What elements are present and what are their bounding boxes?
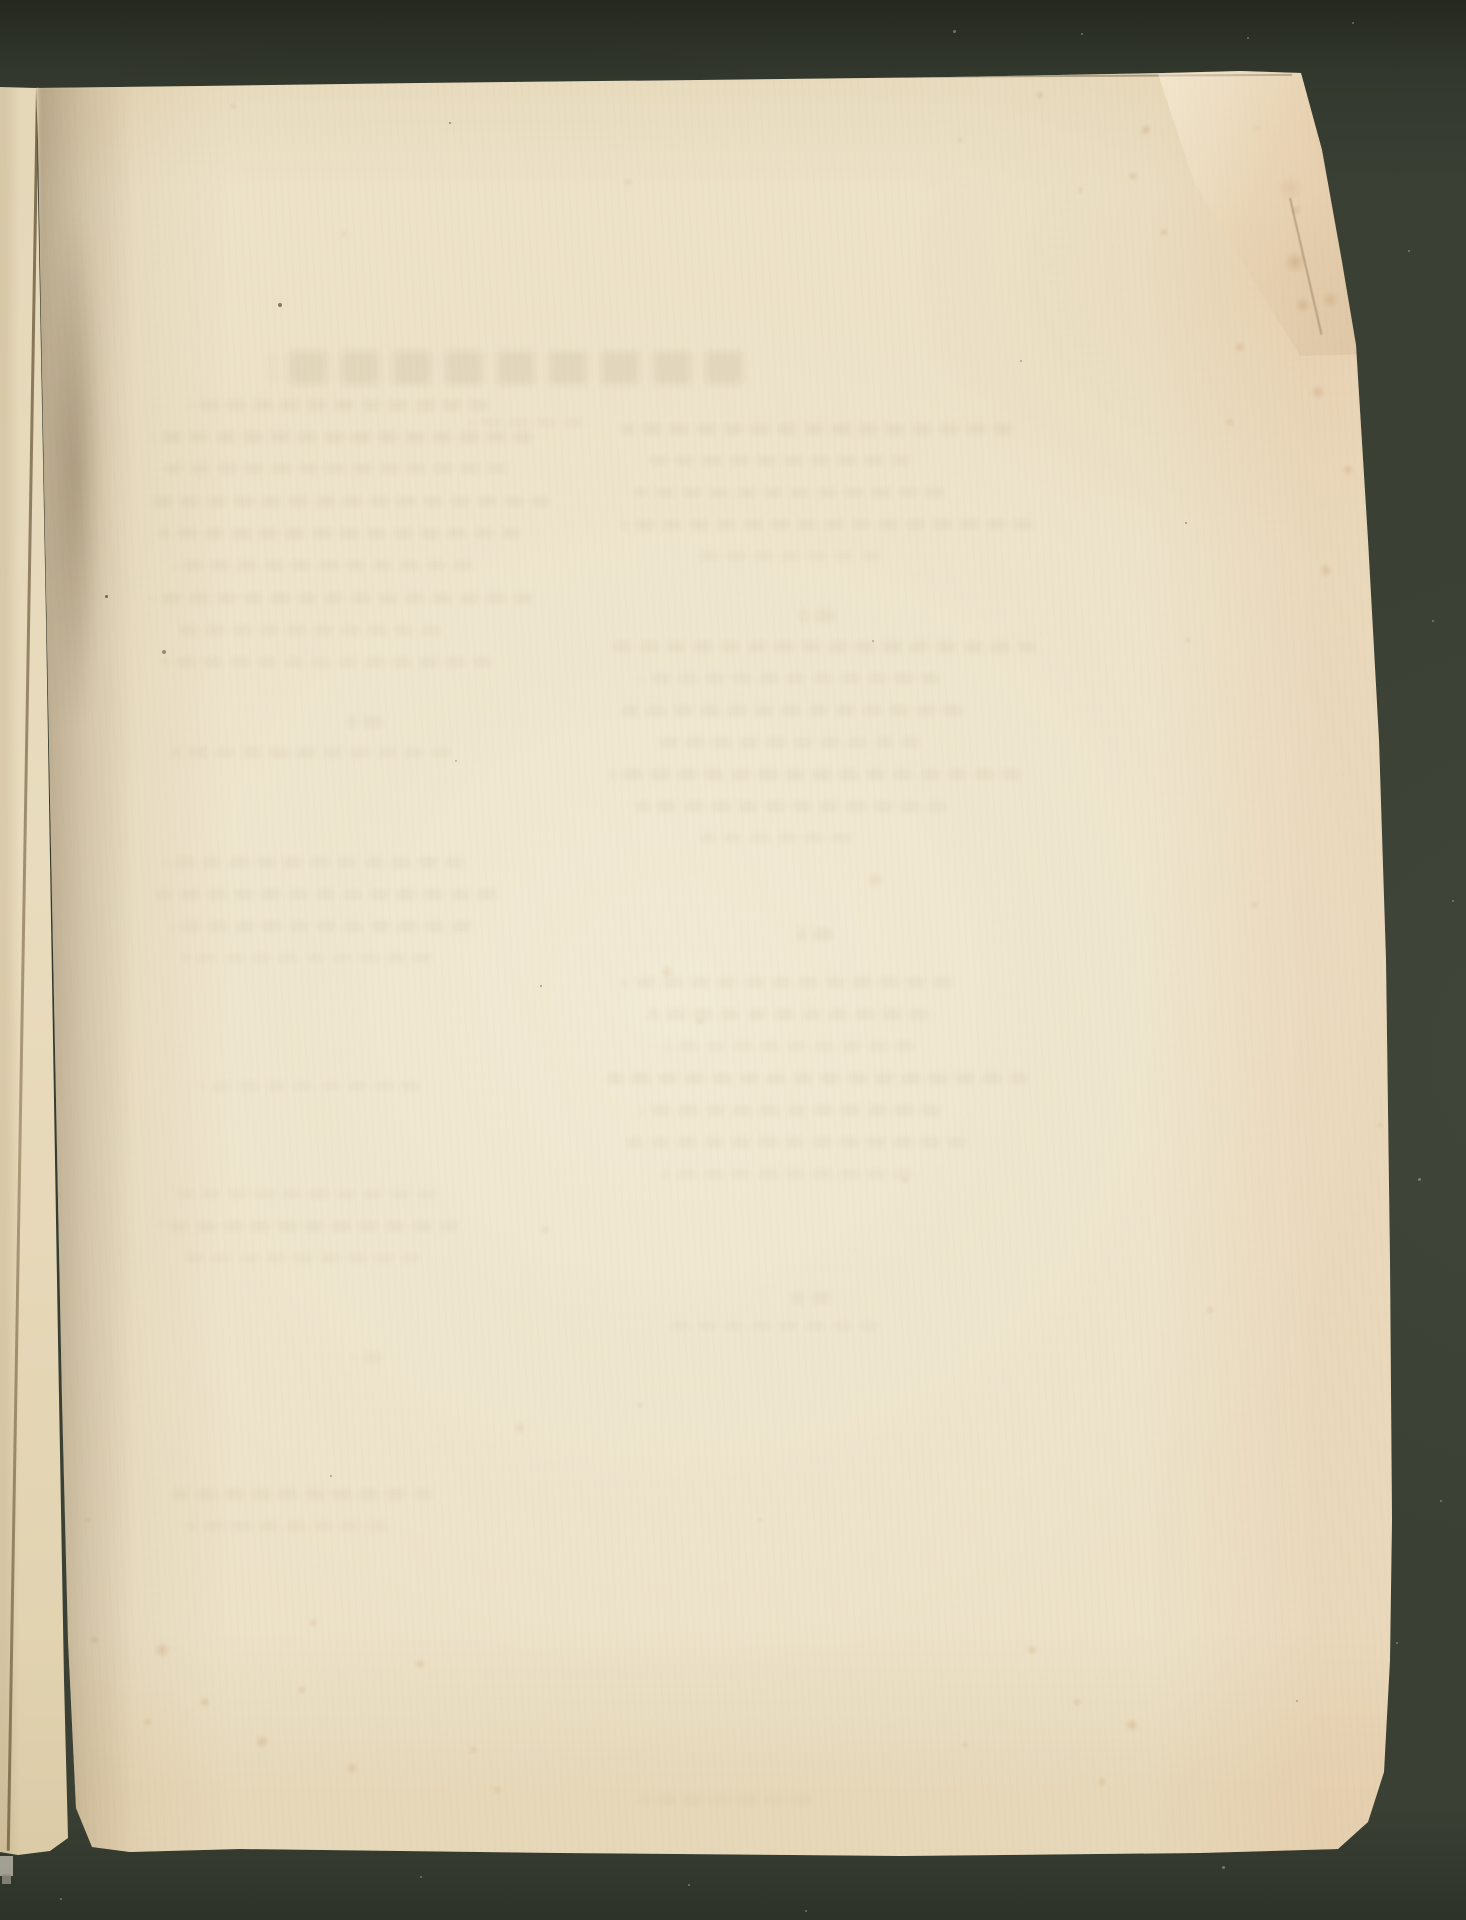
dust-fleck <box>688 1884 690 1886</box>
foxing-spot <box>623 177 633 187</box>
foxing-spot <box>468 1745 478 1755</box>
book-scan-stage <box>0 0 1466 1920</box>
ghost-text-line <box>650 456 910 465</box>
foxing-spot <box>1342 464 1354 476</box>
ghost-text-line <box>622 706 962 715</box>
paper-grain-texture <box>0 0 1466 1920</box>
foxing-spot <box>1234 341 1246 353</box>
foxing-spot <box>297 1685 307 1695</box>
foxing-spot <box>514 1422 526 1434</box>
ghost-text-line <box>648 1010 928 1019</box>
foxing-spot <box>1376 1121 1384 1129</box>
ghost-text-line <box>640 674 940 683</box>
dark-speck <box>1020 360 1022 362</box>
dust-fleck <box>953 30 956 33</box>
ghost-text-line <box>176 1190 436 1198</box>
dark-speck <box>540 985 542 987</box>
ghost-text-line <box>634 488 944 497</box>
ghost-text-line <box>160 529 520 538</box>
dark-speck <box>455 760 457 762</box>
foxing-spot <box>1295 297 1311 313</box>
ghost-text-line <box>608 1074 1028 1083</box>
dark-speck <box>449 122 451 124</box>
ghost-text-line <box>180 1254 420 1262</box>
dust-fleck <box>420 1876 422 1878</box>
dust-fleck <box>1432 620 1434 622</box>
foxing-spot <box>1072 1697 1082 1707</box>
foxing-spot <box>1097 1777 1107 1787</box>
dust-fleck <box>1408 250 1410 252</box>
dust-fleck <box>1440 1500 1442 1502</box>
dust-fleck <box>1452 900 1454 902</box>
dark-speck <box>105 595 108 598</box>
foxing-spot <box>346 1762 358 1774</box>
foxing-spot <box>660 965 674 979</box>
foxing-spot <box>199 1696 211 1708</box>
foxing-spot <box>143 1717 153 1727</box>
background-mark <box>2 1874 11 1884</box>
ghost-text-line <box>798 928 832 940</box>
ghost-text-line <box>622 520 1032 529</box>
ghost-text-line <box>186 1522 386 1530</box>
ghost-text-line <box>156 890 496 899</box>
ghost-text-line <box>792 1292 830 1304</box>
foxing-spot <box>1319 563 1333 577</box>
foxing-spot <box>1225 417 1235 427</box>
foxing-spot <box>492 1785 502 1795</box>
ghost-title-rule <box>470 420 582 425</box>
dark-speck <box>872 640 874 642</box>
dust-fleck <box>1352 22 1354 24</box>
ghost-text-line <box>610 770 1020 779</box>
dark-speck <box>1185 522 1187 524</box>
foxing-spot <box>154 1642 170 1658</box>
foxing-spot <box>1184 636 1192 644</box>
foxing-spot <box>1125 1718 1139 1732</box>
background-mark <box>0 1856 13 1876</box>
dark-speck <box>278 303 282 307</box>
ghost-text-line <box>152 594 532 603</box>
ghost-text-line <box>172 1490 432 1499</box>
foxing-spot <box>540 1225 550 1235</box>
foxing-spot <box>414 1658 426 1670</box>
dust-fleck <box>1396 1642 1398 1644</box>
foxing-spot <box>1205 1305 1215 1315</box>
foxing-spot <box>229 102 237 110</box>
ghost-text-line <box>626 1138 966 1147</box>
ghost-text-line <box>636 802 946 811</box>
ghost-text-line <box>180 626 440 635</box>
dust-fleck <box>1222 1866 1225 1869</box>
ghost-text-line <box>150 497 550 506</box>
ghost-text-line <box>800 610 834 622</box>
foxing-spot <box>1140 124 1152 136</box>
ghost-text-line <box>158 1222 458 1231</box>
ghost-text-line <box>182 954 432 962</box>
foxing-spot <box>900 1175 910 1185</box>
foxing-spot <box>1076 186 1084 194</box>
ghost-text-line <box>700 552 880 560</box>
ghost-text-line <box>622 978 952 987</box>
ghost-title-band <box>272 352 742 384</box>
dark-speck <box>162 650 166 654</box>
ghost-text-line <box>200 1082 420 1090</box>
ghost-text-line <box>188 400 488 410</box>
foxing-spot <box>1026 1644 1038 1656</box>
foxing-spot <box>1159 227 1169 237</box>
ghost-text-line <box>640 1106 940 1115</box>
foxing-spot <box>340 230 348 238</box>
ghost-text-line <box>170 748 450 757</box>
foxing-spot <box>756 1516 764 1524</box>
foxing-spot <box>1321 291 1339 309</box>
foxing-spot <box>1253 124 1261 132</box>
dust-fleck <box>1247 37 1249 39</box>
ghost-text-line <box>622 424 1012 434</box>
ghost-text-line <box>640 1796 810 1804</box>
show-through-ghost-text-layer <box>0 0 1466 1920</box>
ghost-text-line <box>164 858 464 867</box>
ghost-text-line <box>172 561 472 570</box>
ghost-text-line <box>162 658 492 667</box>
dust-fleck <box>1418 1178 1421 1181</box>
ghost-text-line <box>152 432 532 442</box>
dust-fleck <box>805 1910 807 1912</box>
blank-book-page <box>0 0 1466 1920</box>
dust-fleck <box>1081 33 1083 35</box>
ghost-text-line <box>662 1170 912 1178</box>
foxing-spot <box>866 871 884 889</box>
ghost-text-line <box>352 1352 382 1363</box>
ghost-text-line <box>660 738 920 747</box>
dust-fleck <box>60 1898 62 1900</box>
ghost-text-line <box>166 464 506 473</box>
ghost-text-line <box>348 716 382 728</box>
foxing-spot <box>961 1741 969 1749</box>
foxing-spot <box>90 1635 100 1645</box>
foxing-spot <box>1128 171 1138 181</box>
ghost-text-line <box>606 642 1036 652</box>
ghost-text-line <box>170 922 470 931</box>
foxing-spot <box>695 1017 705 1027</box>
gutter-smudge <box>46 210 104 730</box>
foxing-spot <box>1035 90 1045 100</box>
ghost-text-line <box>664 1042 914 1051</box>
dark-speck <box>1296 1700 1298 1702</box>
ghost-text-line <box>668 1322 878 1330</box>
foxing-spot <box>308 1618 318 1628</box>
ghost-text-line <box>700 834 850 842</box>
foxing-spot <box>1311 385 1325 399</box>
foxing-spot <box>255 1735 269 1749</box>
foxing-spot <box>636 1401 644 1409</box>
foxing-spot <box>956 136 964 144</box>
dark-speck <box>330 1475 332 1477</box>
foxing-spot <box>84 1516 92 1524</box>
foxing-spot <box>1250 900 1260 910</box>
